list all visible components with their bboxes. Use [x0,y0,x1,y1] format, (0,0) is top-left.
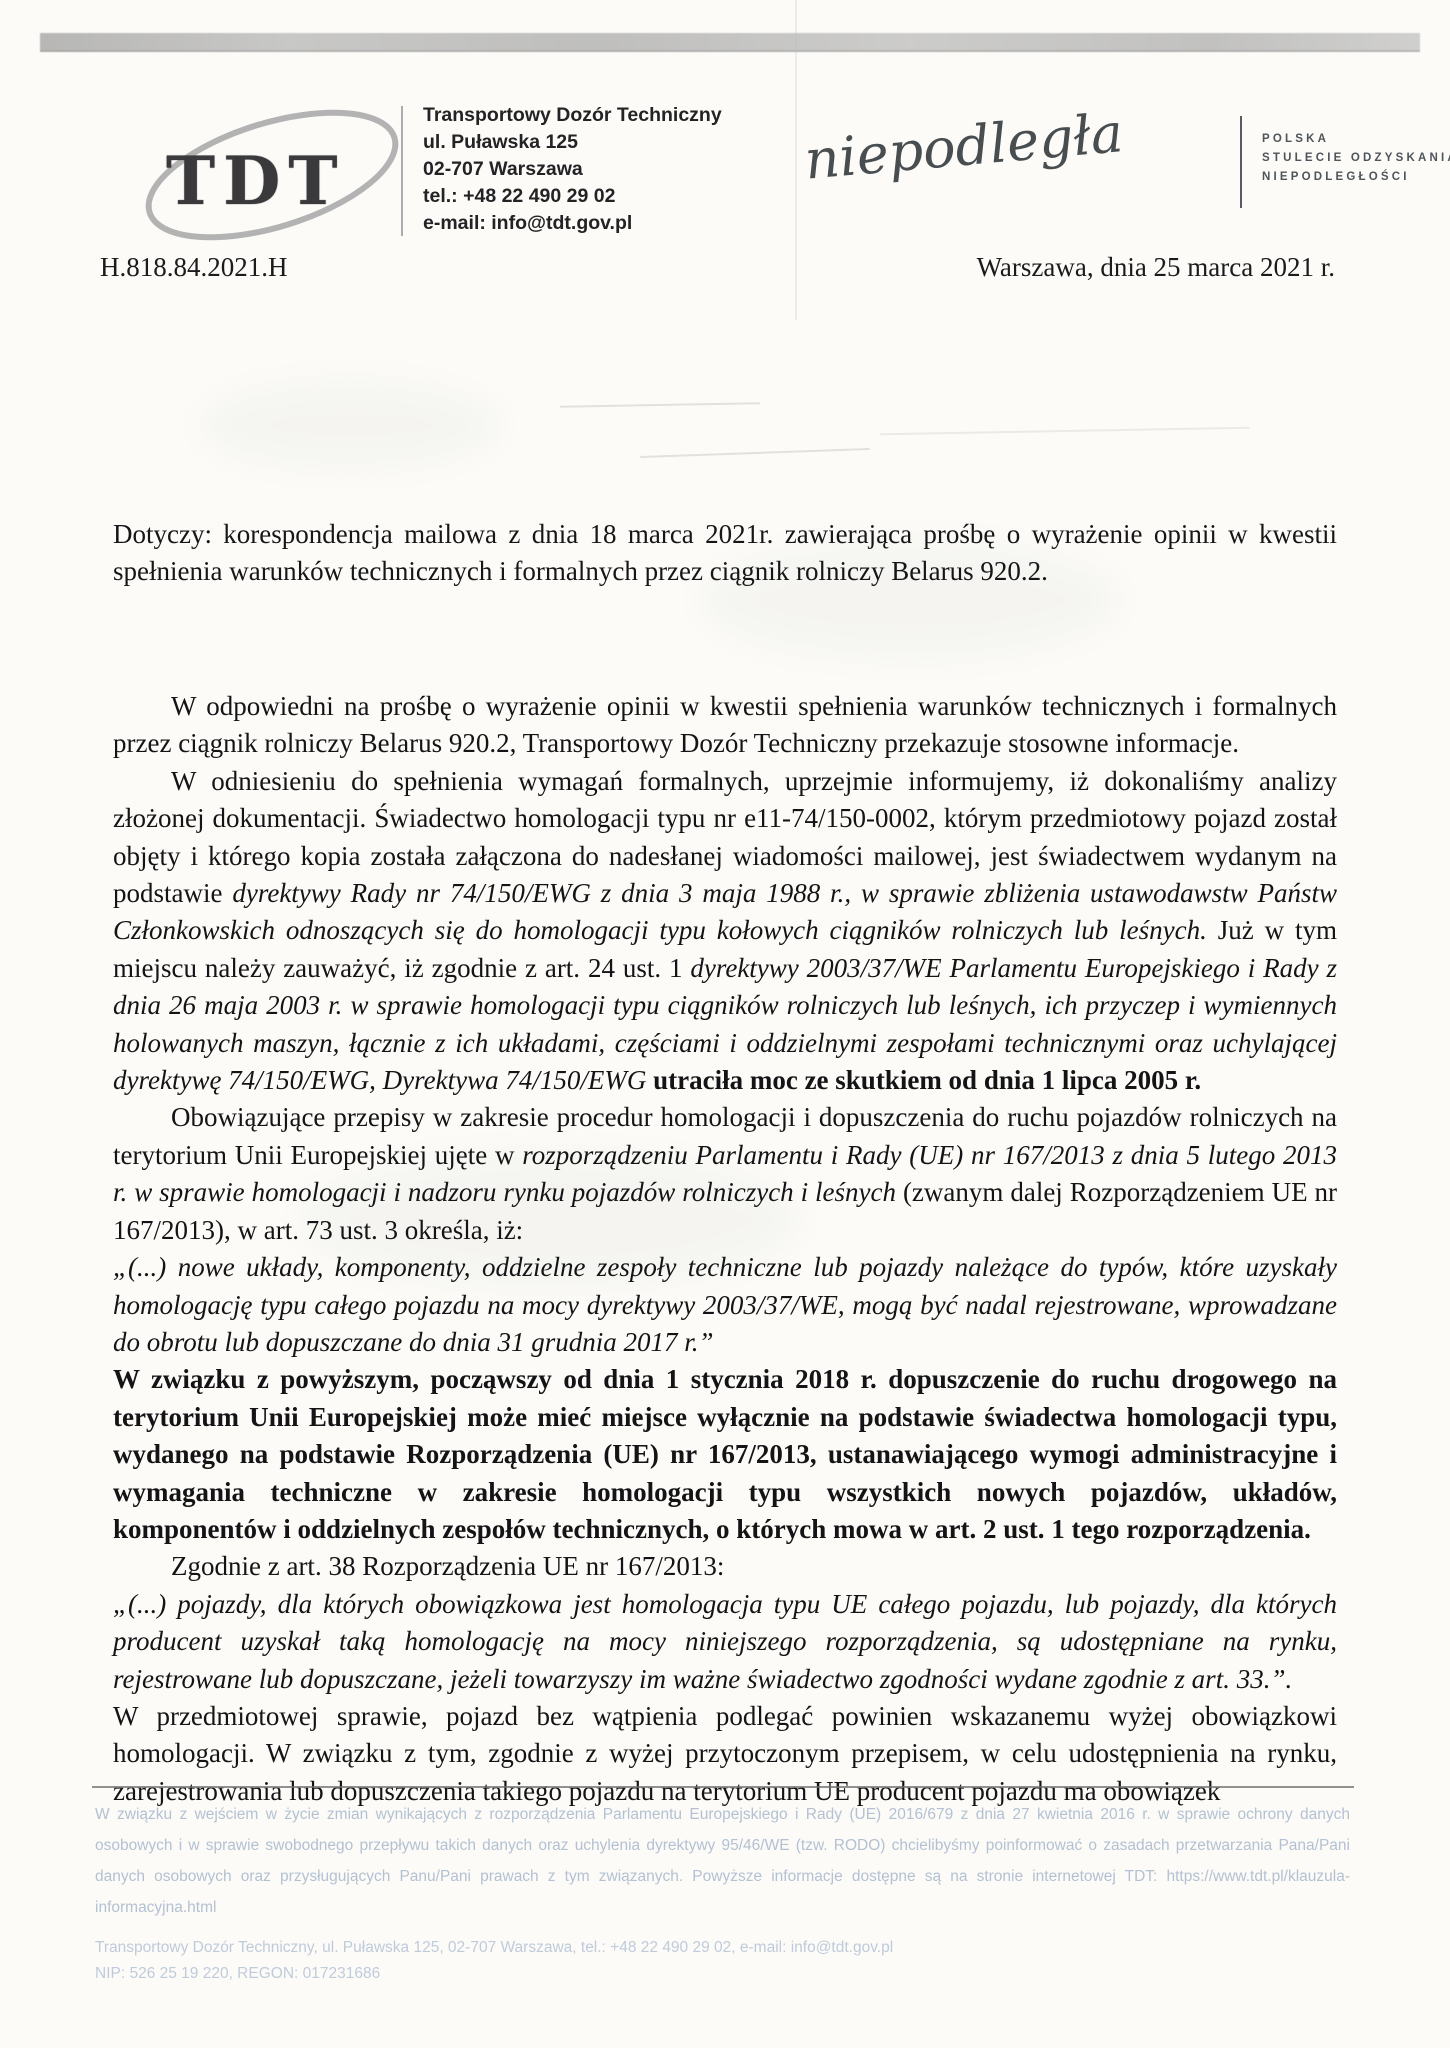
reference-number: H.818.84.2021.H [100,252,288,283]
campaign-caption: POLSKA STULECIE ODZYSKANIA NIEPODLEGŁOŚC… [1262,130,1450,187]
paragraph: „(...) nowe układy, komponenty, oddzieln… [113,1249,1337,1361]
text-run: W przedmiotowej sprawie, pojazd bez wątp… [113,1701,1337,1806]
campaign-caption-line: POLSKA [1262,130,1450,149]
paragraph: W odpowiedni na prośbę o wyrażenie opini… [113,688,1337,763]
reference-row: H.818.84.2021.H Warszawa, dnia 25 marca … [100,252,1335,283]
scan-artifact-line [880,427,1250,435]
text-run: utraciła moc ze skutkiem od dnia 1 lipca… [646,1065,1201,1095]
scan-smudge [200,380,500,470]
footnote-rule [92,1786,1354,1788]
scan-artifact-line [560,402,760,407]
text-run: „(...) nowe układy, komponenty, oddzieln… [113,1252,1337,1357]
campaign-divider-bar [1240,116,1242,208]
org-address-block: Transportowy Dozór Techniczny ul. Puławs… [423,102,722,237]
footnote-contact-line: Transportowy Dozór Techniczny, ul. Puław… [95,1935,1350,1961]
paragraph: Obowiązujące przepisy w zakresie procedu… [113,1099,1337,1249]
text-run: „(...) pojazdy, dla których obowiązkowa … [113,1589,1337,1694]
text-run: dyrektywy Rady nr 74/150/EWG z dnia 3 ma… [113,878,1337,945]
paragraph: Zgodnie z art. 38 Rozporządzenia UE nr 1… [113,1548,1337,1585]
campaign-caption-line: NIEPODLEGŁOŚCI [1262,168,1450,187]
paragraph: „(...) pojazdy, dla których obowiązkowa … [113,1586,1337,1698]
footnote-contact: Transportowy Dozór Techniczny, ul. Puław… [95,1935,1350,1987]
paragraph: W związku z powyższym, począwszy od dnia… [113,1361,1337,1548]
scanned-letter-page: TDT Transportowy Dozór Techniczny ul. Pu… [0,0,1450,2048]
scan-artifact-bar [40,33,1420,52]
text-run: Zgodnie z art. 38 Rozporządzenia UE nr 1… [171,1551,724,1581]
footnote-rodo-text: W związku z wejściem w życie zmian wynik… [95,1799,1350,1923]
text-run: W odpowiedni na prośbę o wyrażenie opini… [113,691,1337,758]
paragraph: W odniesieniu do spełnienia wymagań form… [113,763,1337,1100]
text-run: W związku z powyższym, począwszy od dnia… [113,1364,1337,1544]
paragraph: W przedmiotowej sprawie, pojazd bez wątp… [113,1698,1337,1810]
subject-line: Dotyczy: korespondencja mailowa z dnia 1… [113,516,1337,590]
org-city: 02-707 Warszawa [423,156,722,183]
scan-artifact-line [640,448,870,458]
org-email: e-mail: info@tdt.gov.pl [423,210,722,237]
org-street: ul. Puławska 125 [423,129,722,156]
place-and-date: Warszawa, dnia 25 marca 2021 r. [977,252,1335,283]
footnote-contact-line: NIP: 526 25 19 220, REGON: 017231686 [95,1961,1350,1987]
tdt-logo: TDT [138,104,408,244]
org-phone: tel.: +48 22 490 29 02 [423,183,722,210]
header-divider [401,106,403,236]
campaign-caption-line: STULECIE ODZYSKANIA [1262,149,1450,168]
footnote: W związku z wejściem w życie zmian wynik… [95,1799,1350,1987]
niepodlegla-script-logo: niepodległa [802,91,1240,238]
org-name: Transportowy Dozór Techniczny [423,102,722,129]
tdt-logo-text: TDT [166,142,345,220]
letter-body: W odpowiedni na prośbę o wyrażenie opini… [113,688,1337,1810]
